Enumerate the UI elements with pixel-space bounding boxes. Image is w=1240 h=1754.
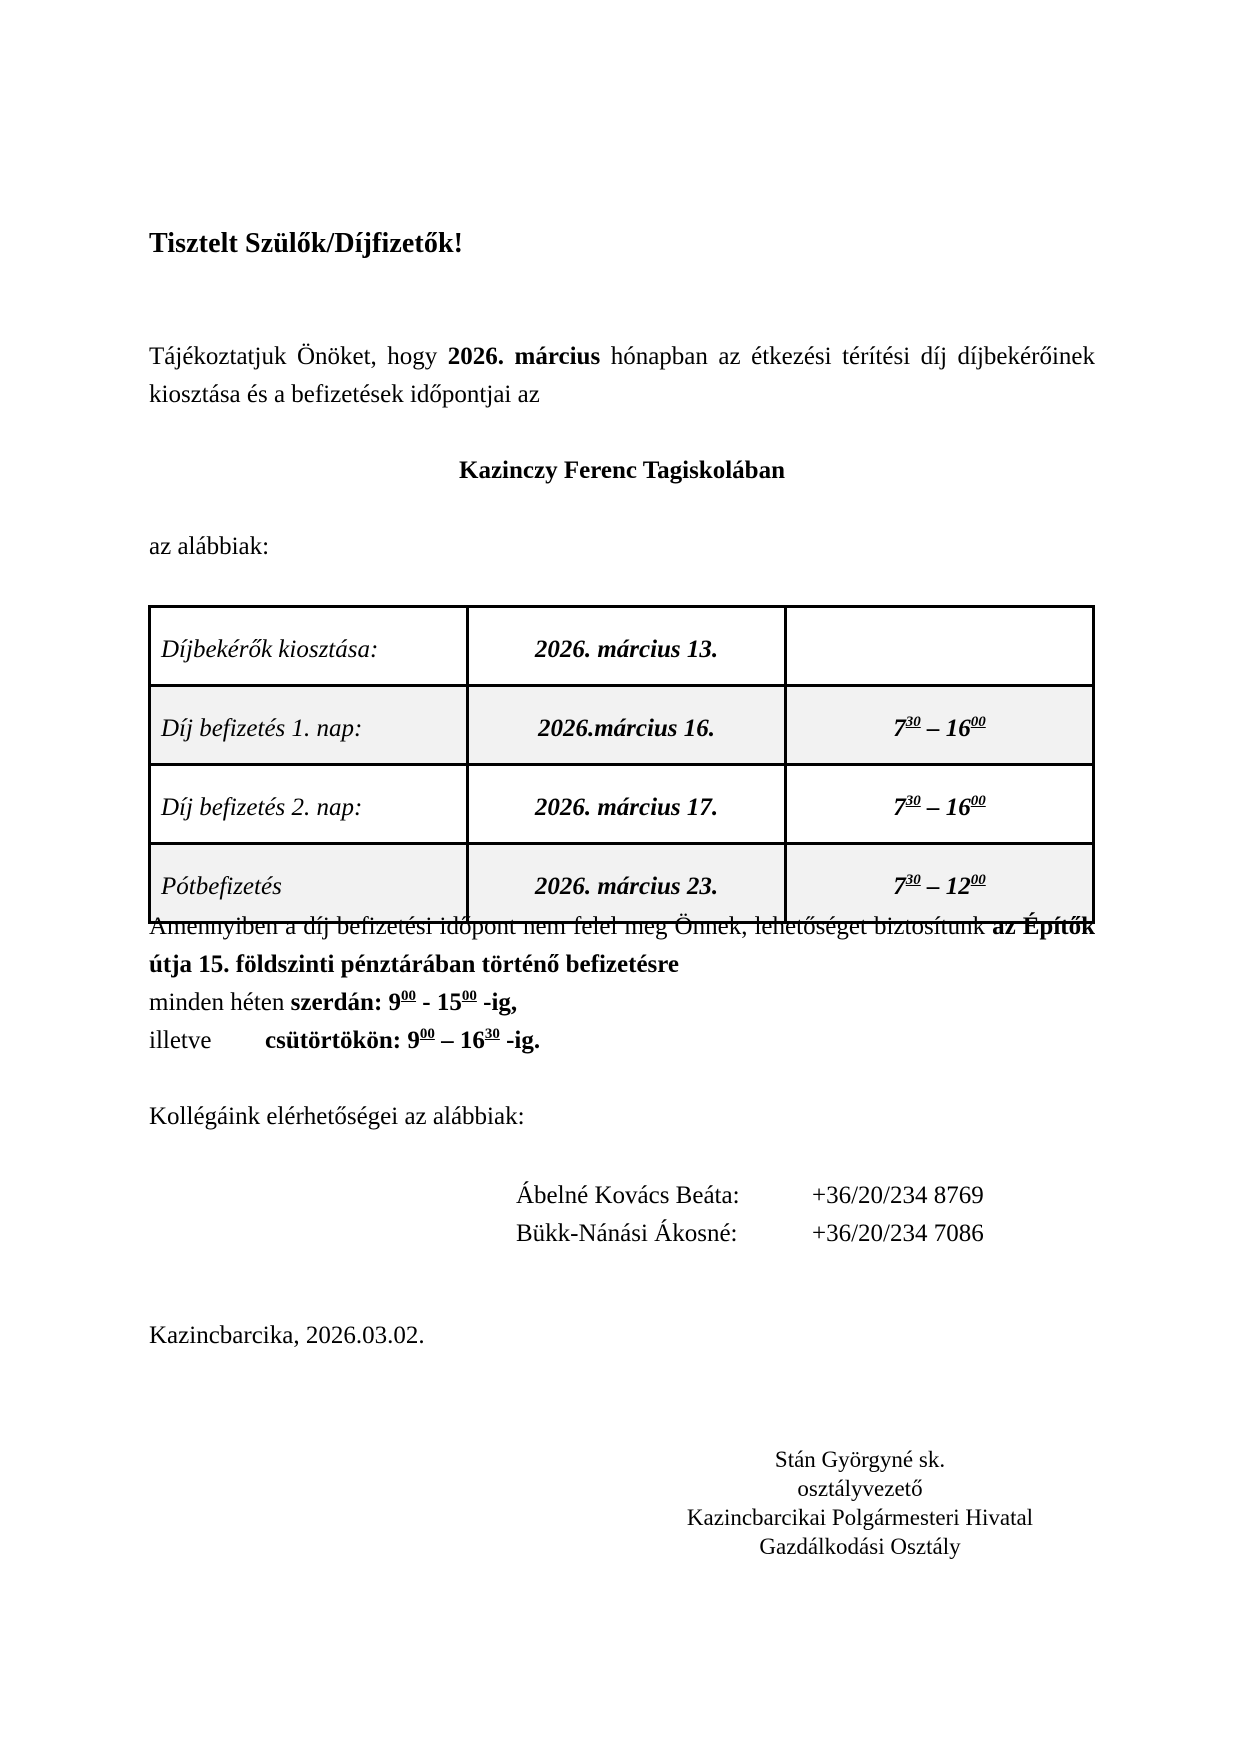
signatory-department: Gazdálkodási Osztály bbox=[640, 1532, 1080, 1561]
thu-suffix: -ig. bbox=[500, 1027, 540, 1054]
thu-separator: – bbox=[435, 1027, 460, 1054]
following-label: az alábbiak: bbox=[149, 533, 269, 561]
time-from-hour: 7 bbox=[893, 873, 906, 900]
greeting-heading: Tisztelt Szülők/Díjfizetők! bbox=[149, 228, 463, 260]
time-from-min: 30 bbox=[906, 872, 921, 888]
weekly-prefix: minden héten bbox=[149, 989, 291, 1016]
signatory-office: Kazincbarcikai Polgármesteri Hivatal bbox=[640, 1503, 1080, 1532]
schedule-table: Díjbekérők kiosztása:2026. március 13.Dí… bbox=[148, 605, 1095, 924]
thu-to-min: 30 bbox=[485, 1026, 500, 1042]
signatory-name: Stán Györgyné sk. bbox=[640, 1445, 1080, 1474]
wednesday-hours: minden héten szerdán: 900 - 1500 -ig, bbox=[149, 984, 517, 1022]
thu-from-min: 00 bbox=[420, 1026, 435, 1042]
alternative-text: Amennyiben a díj befizetési időpont nem … bbox=[149, 913, 992, 940]
thursday-label: csütörtökön: bbox=[265, 1027, 407, 1054]
thu-to-hour: 16 bbox=[460, 1027, 485, 1054]
schedule-time: 730 – 1600 bbox=[786, 686, 1094, 765]
contact-name: Bükk-Nánási Ákosné: bbox=[516, 1215, 812, 1253]
time-to-min: 00 bbox=[971, 714, 986, 730]
schedule-label: Díj befizetés 2. nap: bbox=[150, 765, 468, 844]
thu-from-hour: 9 bbox=[407, 1027, 420, 1054]
schedule-date: 2026. március 13. bbox=[468, 607, 786, 686]
schedule-label: Díj befizetés 1. nap: bbox=[150, 686, 468, 765]
wed-from-hour: 9 bbox=[389, 989, 402, 1016]
intro-paragraph: Tájékoztatjuk Önöket, hogy 2026. március… bbox=[149, 338, 1095, 414]
signatory-title: osztályvezető bbox=[640, 1474, 1080, 1503]
intro-text-1: Tájékoztatjuk Önöket, hogy bbox=[149, 343, 448, 370]
time-to-hour: 16 bbox=[946, 794, 971, 821]
schedule-label: Díjbekérők kiosztása: bbox=[150, 607, 468, 686]
schedule-row: Díj befizetés 2. nap:2026. március 17.73… bbox=[150, 765, 1094, 844]
signature-block: Stán Györgyné sk. osztályvezető Kazincba… bbox=[640, 1445, 1080, 1561]
wednesday-label: szerdán: bbox=[291, 989, 389, 1016]
wed-to-hour: 15 bbox=[437, 989, 462, 1016]
schedule-row: Díj befizetés 1. nap:2026.március 16.730… bbox=[150, 686, 1094, 765]
contacts-intro: Kollégáink elérhetőségei az alábbiak: bbox=[149, 1098, 525, 1136]
schedule-row: Díjbekérők kiosztása:2026. március 13. bbox=[150, 607, 1094, 686]
or-prefix: illetve bbox=[149, 1022, 265, 1060]
schedule-time: 730 – 1600 bbox=[786, 765, 1094, 844]
time-from-min: 30 bbox=[906, 714, 921, 730]
wed-suffix: -ig, bbox=[477, 989, 517, 1016]
time-to-min: 00 bbox=[971, 793, 986, 809]
time-to-hour: 12 bbox=[946, 873, 971, 900]
schedule-date: 2026. március 17. bbox=[468, 765, 786, 844]
alternative-paragraph: Amennyiben a díj befizetési időpont nem … bbox=[149, 908, 1095, 984]
school-name: Kazinczy Ferenc Tagiskolában bbox=[149, 457, 1095, 485]
wed-from-min: 00 bbox=[401, 988, 416, 1004]
thursday-hours: illetvecsütörtökön: 900 – 1630 -ig. bbox=[149, 1022, 540, 1060]
schedule-time bbox=[786, 607, 1094, 686]
contacts-list: Ábelné Kovács Beáta: +36/20/234 8769 Bük… bbox=[516, 1177, 984, 1253]
time-from-hour: 7 bbox=[893, 794, 906, 821]
time-from-min: 30 bbox=[906, 793, 921, 809]
contact-phone: +36/20/234 7086 bbox=[812, 1215, 984, 1253]
wed-to-min: 00 bbox=[462, 988, 477, 1004]
contact-row: Bükk-Nánási Ákosné: +36/20/234 7086 bbox=[516, 1215, 984, 1253]
schedule-date: 2026.március 16. bbox=[468, 686, 786, 765]
wed-separator: - bbox=[416, 989, 437, 1016]
time-to-min: 00 bbox=[971, 872, 986, 888]
place-and-date: Kazincbarcika, 2026.03.02. bbox=[149, 1322, 425, 1350]
intro-month: 2026. március bbox=[448, 343, 600, 370]
contact-name: Ábelné Kovács Beáta: bbox=[516, 1177, 812, 1215]
time-from-hour: 7 bbox=[893, 715, 906, 742]
contact-phone: +36/20/234 8769 bbox=[812, 1177, 984, 1215]
time-to-hour: 16 bbox=[946, 715, 971, 742]
contact-row: Ábelné Kovács Beáta: +36/20/234 8769 bbox=[516, 1177, 984, 1215]
